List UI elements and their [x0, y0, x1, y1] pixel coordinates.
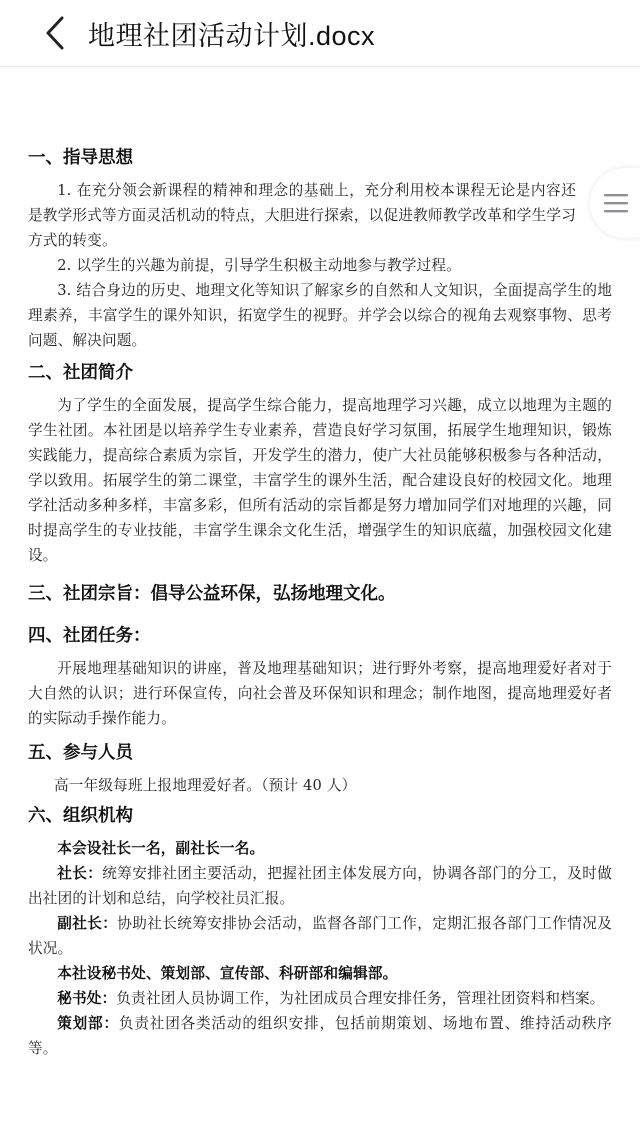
dept-text: 负责社团人员协调工作，为社团成员合理安排任务，管理社团资料和档案。	[116, 990, 604, 1007]
dept-paragraph: 策划部：负责社团各类活动的组织安排，包括前期策划、场地布置、维持活动秩序等。	[28, 1011, 612, 1061]
paragraph: 本社设秘书处、策划部、宣传部、科研部和编辑部。	[28, 961, 612, 986]
menu-lines-icon	[604, 192, 630, 214]
section-heading: 二、社团简介	[28, 361, 612, 385]
role-label: 社长：	[57, 865, 102, 882]
document-body: 一、指导思想 1. 在充分领会新课程的精神和理念的基础上，充分利用校本课程无论是…	[28, 140, 612, 1061]
section-heading: 四、社团任务：	[28, 624, 612, 648]
chevron-left-icon	[44, 15, 66, 51]
role-text: 统筹安排社团主要活动，把握社团主体发展方向，协调各部门的分工，及时做出社团的计划…	[28, 865, 612, 907]
paragraph: 高一年级每班上报地理爱好者。（预计 40 人）	[28, 773, 612, 798]
top-bar: 地理社团活动计划.docx	[0, 0, 640, 67]
document-title: 地理社团活动计划.docx	[88, 14, 375, 53]
paragraph: 1. 在充分领会新课程的精神和理念的基础上，充分利用校本课程无论是内容还是教学形…	[28, 178, 612, 253]
back-button[interactable]	[30, 8, 80, 58]
role-paragraph: 副社长：协助社长统筹安排协会活动，监督各部门工作，定期汇报各部门工作情况及状况。	[28, 911, 612, 961]
paragraph: 2. 以学生的兴趣为前提，引导学生积极主动地参与教学过程。	[28, 253, 612, 278]
section-heading: 五、参与人员	[28, 741, 612, 765]
section-heading: 一、指导思想	[28, 146, 612, 170]
section-heading: 三、社团宗旨：倡导公益环保，弘扬地理文化。	[28, 582, 612, 606]
section-heading: 六、组织机构	[28, 804, 612, 828]
role-label: 副社长：	[57, 915, 117, 932]
paragraph: 为了学生的全面发展，提高学生综合能力，提高地理学习兴趣，成立以地理为主题的学生社…	[28, 393, 612, 568]
dept-label: 秘书处：	[57, 990, 116, 1007]
dept-paragraph: 秘书处：负责社团人员协调工作，为社团成员合理安排任务，管理社团资料和档案。	[28, 986, 612, 1011]
paragraph: 开展地理基础知识的讲座，普及地理基础知识；进行野外考察，提高地理爱好者对于大自然…	[28, 656, 612, 731]
paragraph: 本会设社长一名，副社长一名。	[28, 836, 612, 861]
paragraph: 3. 结合身边的历史、地理文化等知识了解家乡的自然和人文知识，全面提高学生的地理…	[28, 278, 612, 353]
dept-label: 策划部：	[57, 1015, 119, 1032]
role-paragraph: 社长：统筹安排社团主要活动，把握社团主体发展方向，协调各部门的分工，及时做出社团…	[28, 861, 612, 911]
